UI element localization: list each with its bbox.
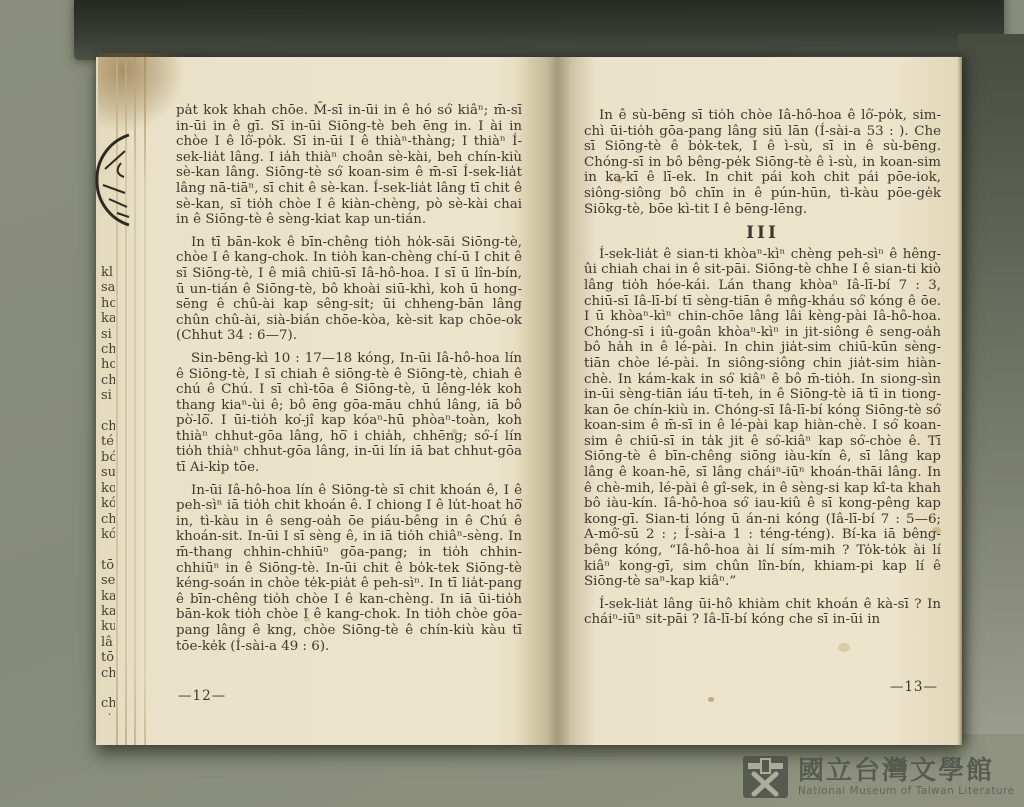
paragraph: In ê sù-bēng sī tio̍h chòe Iâ-hô-hoa ê l…	[584, 108, 941, 217]
open-book: kl sa ho ka si ch ho ch si ch té bó su k…	[96, 57, 962, 745]
page-number-right: —13—	[890, 679, 938, 695]
museum-watermark: 國立台灣文學館 National Museum of Taiwan Litera…	[742, 747, 1024, 807]
library-stamp-icon	[91, 133, 131, 229]
corner-stain	[98, 53, 184, 131]
museum-logo-icon	[742, 755, 789, 799]
book-scan: kl sa ho ka si ch ho ch si ch té bó su k…	[0, 0, 1024, 807]
paragraph: pa̍t kok khah chōe. M̄-sī in-ūi in ê hó …	[176, 103, 522, 228]
paragraph: In tī bān-kok ê bīn-chêng tio̍h ho̍k-sāi…	[176, 235, 522, 344]
watermark-chinese-title: 國立台灣文學館	[798, 757, 1015, 785]
page-number-left: —12—	[178, 688, 226, 704]
left-page-text: pa̍t kok khah chōe. M̄-sī in-ūi in ê hó …	[176, 103, 522, 654]
foxing-spot	[708, 697, 714, 702]
right-shadow-band	[958, 34, 1024, 734]
right-page-text: In ê sù-bēng sī tio̍h chòe Iâ-hô-hoa ê l…	[584, 108, 941, 628]
paragraph: Í-sek-lia̍t ê sian-ti khòaⁿ-kìⁿ chèng pe…	[584, 247, 941, 590]
page-edge-line	[144, 57, 146, 745]
page-edge-line	[134, 57, 136, 745]
watermark-english-title: National Museum of Taiwan Literature	[798, 785, 1015, 797]
paragraph: Í-sek-lia̍t lâng ūi-hô khiàm chit khoán …	[584, 597, 941, 628]
paragraph: In-ūi Iâ-hô-hoa lín ê Siōng-tè sī chit k…	[176, 483, 522, 655]
paragraph: Sin-bēng-kì 10 : 17—18 kóng, In-ūi Iâ-hô…	[176, 351, 522, 476]
page-edge-text-fragments: kl sa ho ka si ch ho ch si ch té bó su k…	[101, 265, 115, 715]
top-shadow-band	[74, 0, 1004, 60]
foxing-spot	[838, 643, 850, 652]
right-page-edge	[957, 57, 962, 745]
section-heading: III	[584, 226, 941, 242]
